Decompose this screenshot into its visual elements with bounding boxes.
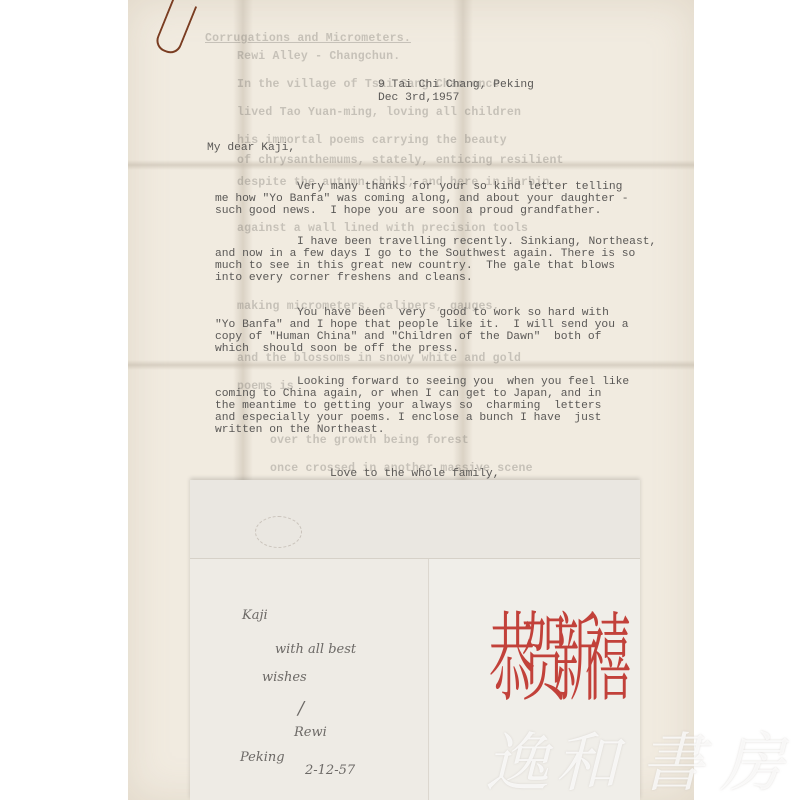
letter-line: such good news. I hope you are soon a pr… (215, 205, 601, 218)
handwritten-stroke: / (298, 698, 304, 719)
handwritten-date: 2-12-57 (305, 763, 355, 778)
watermark-char: 逸 (485, 712, 549, 800)
letter-line: the meantime to getting your always so c… (215, 400, 601, 413)
watermark-char: 書 (640, 712, 704, 800)
letter-line: "Yo Banfa" and I hope that people like i… (215, 319, 629, 332)
watermark-char: 和 (555, 712, 619, 800)
letter-line: which should soon be off the press. (215, 343, 459, 356)
showthrough-line: against a wall lined with precision tool… (237, 222, 528, 235)
showthrough-subtitle: Rewi Alley - Changchun. (237, 50, 400, 63)
handwritten-place: Peking (240, 750, 285, 765)
handwritten-name: Kaji (242, 608, 268, 623)
letter-line: and especially your poems. I enclose a b… (215, 412, 601, 425)
letter-line: and now in a few days I go to the Southw… (215, 248, 635, 261)
letter-address: 9 Tai Chi Chang, Peking (378, 79, 534, 92)
letter-line: I have been travelling recently. Sinkian… (297, 236, 656, 249)
letter-line: Very many thanks for your so kind letter… (297, 181, 622, 194)
letter-line: coming to China again, or when I can get… (215, 388, 601, 401)
handwritten-line: wishes (262, 670, 307, 685)
embossed-emblem-icon (255, 516, 302, 548)
card-top-flap (190, 480, 640, 559)
letter-salutation: My dear Kaji, (207, 142, 295, 155)
handwritten-line: with all best (275, 642, 356, 657)
showthrough-line: of chrysanthemums, stately, enticing res… (237, 154, 564, 167)
letter-line: written on the Northeast. (215, 424, 384, 437)
greeting-char: 禧 (584, 608, 632, 709)
letter-date: Dec 3rd,1957 (378, 92, 459, 105)
letter-line: Looking forward to seeing you when you f… (297, 376, 629, 389)
letter-line: You have been very good to work so hard … (297, 307, 609, 320)
letter-closing: Love to the whole family, (330, 468, 499, 481)
showthrough-line: lived Tao Yuan-ming, loving all children (237, 106, 521, 119)
handwritten-signature: Rewi (294, 725, 327, 740)
showthrough-title: Corrugations and Micrometers. (205, 32, 411, 45)
watermark-char: 房 (720, 712, 784, 800)
letter-line: into every corner freshens and cleans. (215, 272, 473, 285)
letter-line: copy of "Human China" and "Children of t… (215, 331, 601, 344)
letter-line: much to see in this great new country. T… (215, 260, 615, 273)
letter-line: me how "Yo Banfa" was coming along, and … (215, 193, 629, 206)
